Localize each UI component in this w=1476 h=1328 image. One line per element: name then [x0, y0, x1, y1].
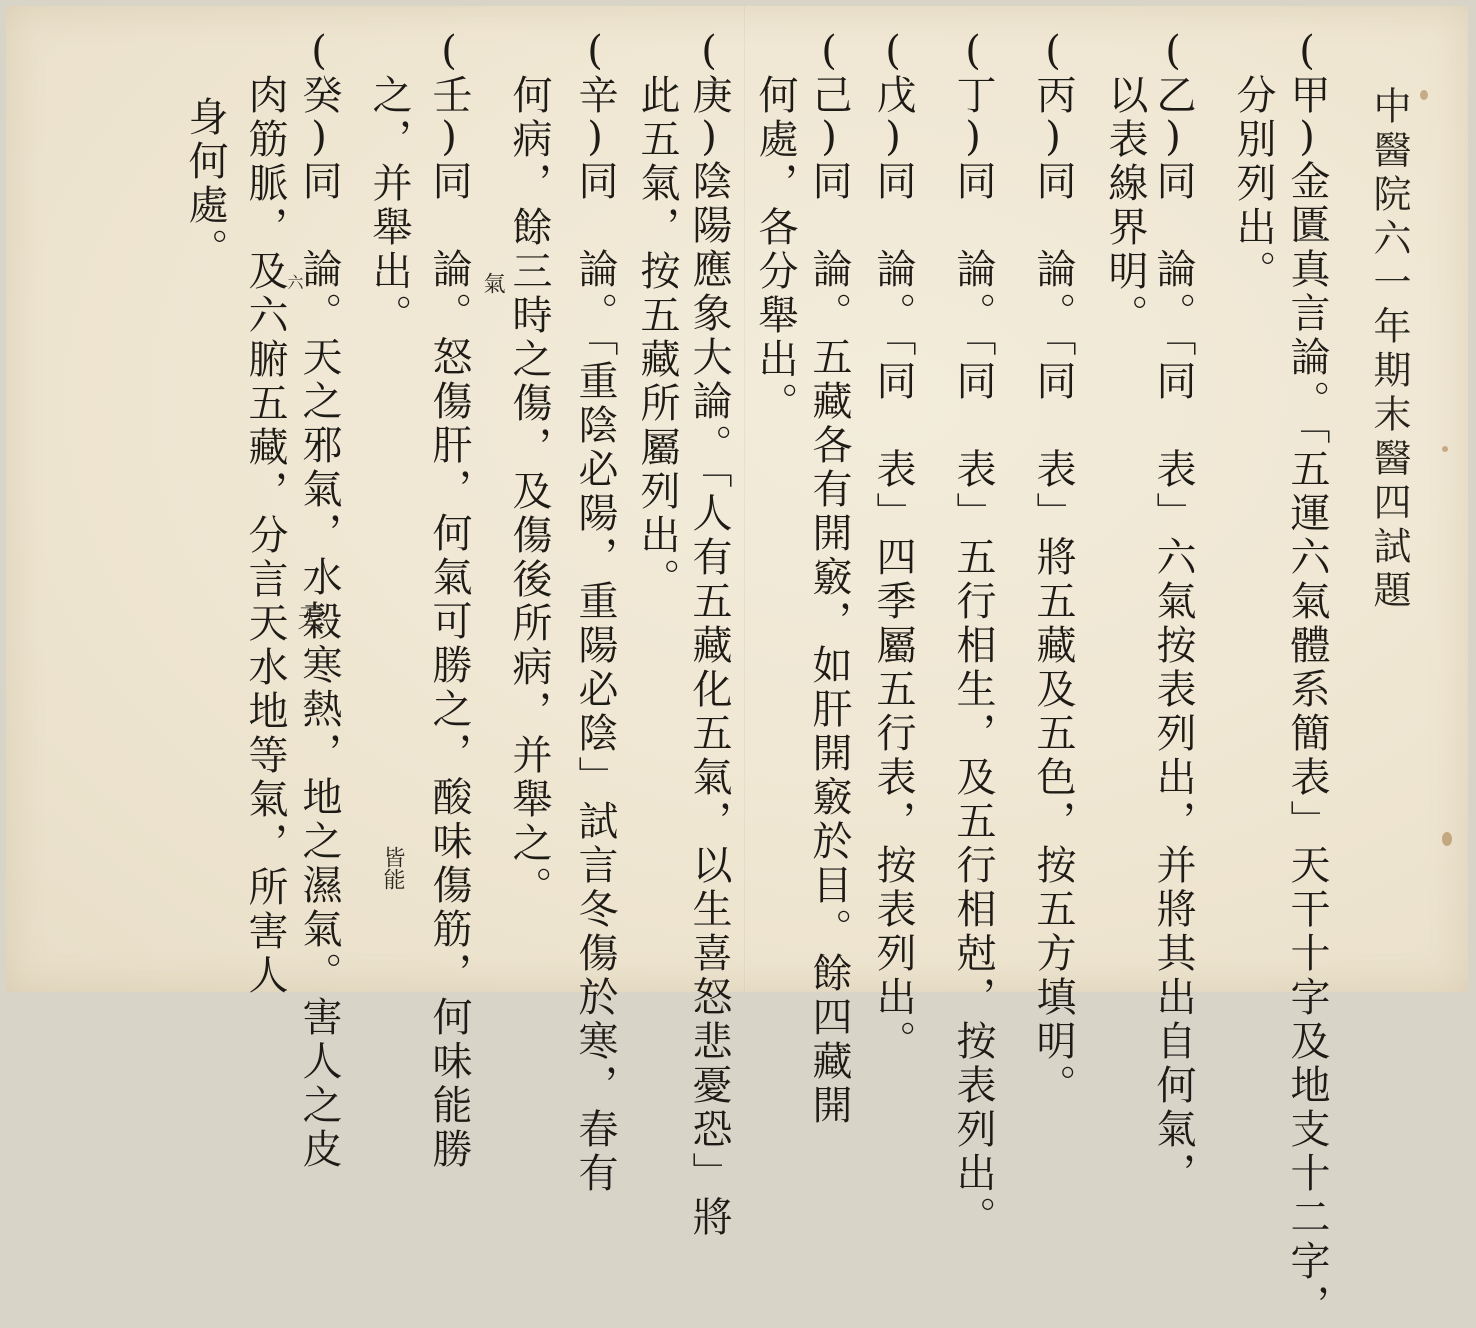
question-text: 金匱真言論。「五運六氣體系簡表」天干十字及地支十二字，	[1284, 160, 1330, 1000]
question-ren-line2: 之，并舉出。	[366, 74, 412, 338]
question-text: 同 論。「重陰必陽，重陽必陰」試言冬傷於寒，春有	[572, 160, 618, 1000]
margin-annotation: 天	[296, 604, 320, 630]
age-stain	[1420, 90, 1428, 100]
question-ding-line1: (丁)同 論。「同 表」五行相生，及五行相尅，按表列出。	[950, 28, 996, 1000]
question-gui-line1: (癸)同 論。天之邪氣，水穀寒熱，地之濕氣。害人之皮	[296, 28, 342, 1000]
question-text: 同 論。「同 表」六氣按表列出，并將其出自何氣，	[1150, 160, 1196, 1000]
exam-paper: 中醫院六一年期末醫四試題 (甲)金匱真言論。「五運六氣體系簡表」天干十字及地支十…	[6, 6, 1468, 992]
question-label: (丁)	[950, 28, 996, 160]
question-text: 陰陽應象大論。「人有五藏化五氣，以生喜怒悲憂恐」將	[686, 160, 732, 1000]
question-label: (辛)	[572, 28, 618, 160]
paper-fold-line	[744, 6, 746, 992]
question-xin-line1: (辛)同 論。「重陰必陽，重陽必陰」試言冬傷於寒，春有	[572, 28, 618, 1000]
question-label: (己)	[806, 28, 852, 160]
question-text: 同 論。怒傷肝，何氣可勝之，酸味傷筋，何味能勝	[426, 160, 472, 1000]
question-yi-line1: (乙)同 論。「同 表」六氣按表列出，并將其出自何氣，	[1150, 28, 1196, 1000]
question-bing-line1: (丙)同 論。「同 表」將五藏及五色，按五方填明。	[1030, 28, 1076, 1000]
margin-annotation: 皆能	[380, 846, 404, 890]
question-ren-line1: (壬)同 論。怒傷肝，何氣可勝之，酸味傷筋，何味能勝	[426, 28, 472, 1000]
question-text: 同 論。「同 表」四季屬五行表，按表列出。	[870, 160, 916, 1000]
age-stain	[1442, 832, 1452, 846]
question-jia-line2: 分別列出。	[1230, 74, 1276, 294]
question-yi-line2: 以表線界明。	[1102, 74, 1148, 338]
question-label: (丙)	[1030, 28, 1076, 160]
exam-title: 中醫院六一年期末醫四試題	[1366, 86, 1412, 614]
question-label: (乙)	[1150, 28, 1196, 160]
question-label: (癸)	[296, 28, 342, 160]
margin-annotation: 氣	[480, 272, 504, 294]
question-text: 同 論。五藏各有開竅，如肝開竅於目。餘四藏開	[806, 160, 852, 1000]
question-ji-line1: (己)同 論。五藏各有開竅，如肝開竅於目。餘四藏開	[806, 28, 852, 1000]
question-ji-line2: 何處，各分舉出。	[752, 74, 798, 426]
question-gui-line2: 肉筋脈，及六腑五藏，分言天水地等氣，所害人	[242, 74, 288, 998]
question-geng-line2: 此五氣，按五藏所屬列出。	[634, 74, 680, 602]
question-jia-line1: (甲)金匱真言論。「五運六氣體系簡表」天干十字及地支十二字，	[1284, 28, 1330, 1000]
question-label: (戊)	[870, 28, 916, 160]
question-label: (壬)	[426, 28, 472, 160]
question-text: 同 論。「同 表」五行相生，及五行相尅，按表列出。	[950, 160, 996, 1000]
age-stain	[1442, 446, 1448, 452]
question-wu-line1: (戊)同 論。「同 表」四季屬五行表，按表列出。	[870, 28, 916, 1000]
question-xin-line2: 何病，餘三時之傷，及傷後所病，并舉之。	[506, 74, 552, 910]
question-geng-line1: (庚)陰陽應象大論。「人有五藏化五氣，以生喜怒悲憂恐」將	[686, 28, 732, 1000]
margin-annotation: 六	[282, 274, 306, 290]
question-text: 同 論。「同 表」將五藏及五色，按五方填明。	[1030, 160, 1076, 1000]
question-label: (甲)	[1284, 28, 1330, 160]
question-label: (庚)	[686, 28, 732, 160]
question-gui-line3: 身何處。	[182, 96, 228, 272]
